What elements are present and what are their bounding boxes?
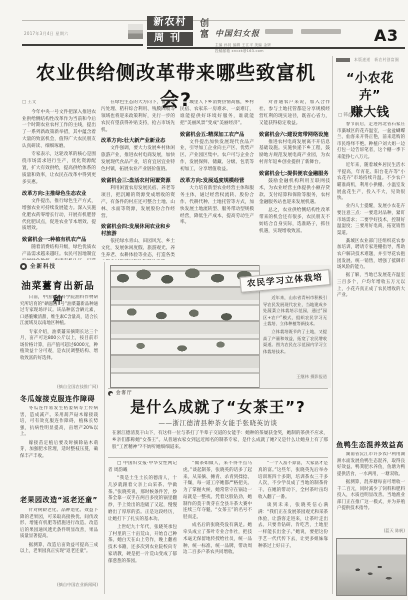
logo-stamp-top: 新农村 [147, 16, 193, 30]
article-paragraph: 大力培育新型农业经营主体和服务主体，通过经营权流转、股份合作、代耕代种、土地托管… [180, 186, 254, 227]
article-subhead: 致富机会三:盘活农村闲置资源 [101, 177, 175, 184]
tech-article3-credit: (摘自中国农业新闻网) [20, 582, 98, 588]
article-paragraph: 对普通农户来说，加入合作社、参与土地托管都是分享规模经营红利的现实途径，既省心省… [259, 100, 330, 128]
article-paragraph: 春节前后，走进河北省石家庄市藁城区的花卉温室，一盆盆蝴蝶兰、仙客来开得正艳，前来… [337, 122, 405, 162]
tech-section-label: 全新科技 [30, 262, 56, 270]
article-paragraph: 成名后的张晓英没有满足。她牵头成立了茶叶专业合作社，把技术毫无保留地传授给社员，… [183, 523, 252, 557]
article-paragraph: 谈到未来，张晓英信心满满：“我们正在发展茶园观光和采茶体验，让游客走进来，让茶叶… [258, 503, 328, 550]
article-paragraph: “做茶如做人，来不得半点马虎。”谈起制茶，张晓英的话多了起来。从采摘、摊青、杀青… [183, 461, 252, 522]
article-paragraph: 今年中央一号文件把深入推进农业供给侧结构性改革作为当前和今后一个时期农业农村工作… [22, 110, 96, 151]
article-paragraph: 近年来，随着城乡居民生活水平提高，年宵花、阳台花卉等“小农花卉”市场持续升温。不… [337, 163, 405, 203]
right-headline-line1: “小农花卉” [336, 70, 404, 104]
article-paragraph: 随着消费结构升级，绿色优质农产品需求越来越旺。农民可因地制宜发展绿色种植，申请有… [22, 245, 96, 260]
newspaper-page: { "page": { "date": "2017年3月4日 星期六", "pa… [0, 0, 408, 600]
article-paragraph: 专家表示，这轮改革的核心是围绕市场需求进行生产，优化资源配置，扩大有效供给，提高… [22, 152, 96, 186]
tea-top-rule [108, 388, 328, 389]
tea-lead-rule [108, 457, 328, 458]
tea-section-icon [108, 391, 113, 396]
article-paragraph: 立体栽培既节约了土地，又提高了产量和效益，拓宽了农民增收渠道。图为农民在示范园内… [263, 329, 327, 355]
article-paragraph: 文件提出加快发展现代食品产业，引导加工企业向主产区、优势产区、产业园区集中。农户… [180, 140, 254, 174]
column-divider [104, 262, 105, 594]
article-paragraph: 冬瓜连作易发生枯萎病等土传病害，造成减产。采用葫芦砧木嫁接栽培，可有效克服连作障… [20, 406, 98, 439]
strip-left-label: 本版速递 [354, 57, 370, 63]
photo-caption-body: 近年来，山东省青州市积极引导农民发展现代农业，当地建成多处蔬菜立体栽培示范园，通… [263, 295, 327, 373]
article-paragraph: 城里人下乡消费热情高涨，乡村民宿、农家乐一房难求、一桌难订，谁能提供好环境好服务… [180, 100, 254, 128]
tea-col3: “一个人富不算富，大家富才是真的富。”这些年，张晓英先后举办培训班四十多期，培训… [258, 461, 328, 593]
article-subhead: 致富机会一:种植有机农产品 [22, 236, 96, 243]
logo-side-text: 创富 [197, 18, 210, 48]
article-paragraph: 湖南省沅江市许多农户利用湖洲水面发展鱼鸭生态混养，取得良好效益。鸭粪肥水养鱼，鱼… [337, 452, 405, 478]
article-paragraph: 在绿色生态的大方向下，畜禽粪污处理、秸秆综合利用、残膜回收等领域也将迎来政策利好… [101, 100, 175, 134]
hydroponics-photo [110, 265, 260, 388]
page-number: A3 [374, 26, 399, 45]
tea-col2: “做茶如做人，来不得半点马虎。”谈起制茶，张晓英的话多了起来。从采摘、摊青、杀青… [183, 461, 252, 593]
tech-section-tag: 全新科技 [20, 262, 56, 270]
main-article-col1: □ 王文今年中央一号文件把深入推进农业供给侧结构性改革作为当前和今后一个时期农业… [22, 100, 96, 260]
strip-bar [336, 58, 350, 62]
photo-credit: 王继林 摄影报道 [263, 374, 327, 380]
article-subhead: 改革方向:主推绿色生态农业 [22, 190, 96, 197]
weather-block [128, 24, 143, 39]
article-paragraph: 推进农村电商发展离不开信息基础设施。实施快递下乡工程，鼓励地方规范发展电商产业园… [259, 140, 330, 168]
article-subhead: 致富机会四:发展休闲农业和乡村旅游 [101, 223, 175, 237]
main-article-col2: 在绿色生态的大方向下，畜禽粪污处理、秸秆综合利用、残膜回收等领域也将迎来政策利好… [101, 100, 175, 260]
tech-article2-title: 冬瓜嫁接克服连作障碍 [20, 394, 98, 404]
tea-lead: 在浙江德清莫干山下，有这样一位与茶打了半辈子交道的女能手：她种的茶屡获金奖，她制… [112, 430, 328, 454]
issue-date: 2017年3月4日 星期六 [24, 31, 68, 37]
strip-right-label: 新农村创富圈 [374, 57, 399, 63]
right-column-strip: 本版速递 新农村创富圈 [336, 57, 404, 63]
right-sub-title: 鱼鸭生态混养效益高 [336, 440, 404, 450]
tea-headline: 是什么成就了“女茶王”? [108, 396, 328, 417]
article-paragraph: 利用闲置农房发展民宿、养老等项目，把沉睡的资源变成增收的资产。有条件的村庄还可整… [101, 186, 175, 220]
article-paragraph: 据了解，当地已发展花卉温室三百多个，户均年增收五万元以上，小花卉真正成了农民增收… [337, 273, 405, 299]
article-paragraph: 日前，中国农业科学院油料作物研究所培育的“硒滋圆1号”油菜薹新品种通过专家现场评… [20, 295, 98, 328]
tea-col1: □ 中国妇女报·中华女性网记者 周韵曦 “我是土生土长的德清人，十几岁就跟着父亲… [108, 461, 177, 593]
masthead-info: 中国妇女报 主编 孙钊 编辑 王江平 美编 金妍 投稿邮箱 xnczk@163.… [215, 21, 365, 54]
article-subhead: 致富机会七:提供便农金融服务 [259, 170, 330, 177]
article-paragraph: 鼓励金融机构利用互联网技术，为农业经营主体提供小额存贷款、支付结算和保险等服务，… [259, 179, 330, 207]
tech-article1-credit: (摘自全国农技推广网) [20, 384, 98, 390]
right-article-body: 春节前后，走进河北省石家庄市藁城区的花卉温室，一盆盆蝴蝶兰、仙客来开得正艳，前来… [337, 122, 405, 436]
header-bottom-rule [147, 47, 405, 49]
tea-byline: □ 中国妇女报·中华女性网记者 周韵曦 [108, 461, 177, 475]
pond-photo [336, 538, 407, 596]
article-paragraph: 业内人士提醒，发展小农花卉要注意三点：一要选对品种，紧盯市场需求；二要学好技术，… [337, 204, 405, 237]
article-paragraph: 嫁接苗定植后要及时摘除砧木萌芽，加强肥水管理，适时整枝压蔓，确保丰产丰收。 [20, 441, 98, 461]
main-article-col4: 对普通农户来说，加入合作社、参与土地托管都是分享规模经营红利的现实途径，既省心省… [259, 100, 330, 260]
article-paragraph: 文件强调，要大力发展乡村休闲旅游产业，推进农村电商发展，加快发展现代食品产业，培… [101, 146, 175, 174]
article-subhead: 改革方向:发展适度规模经营 [180, 177, 254, 184]
masthead-blur-block [265, 29, 293, 34]
article-paragraph: 据测算，混养塘每亩可增收一千二百元，同时减少了饲料和肥料投入，水质也明显改善。当… [337, 480, 405, 513]
article-subhead: 致富机会五:精深加工农产品 [180, 131, 254, 138]
article-paragraph: 据测算，改造后亩效益可提高三成以上，老果园真正实现“返老还童”。 [20, 543, 98, 556]
article-subhead: 改革方向:壮大新产业新业态 [101, 137, 175, 144]
masthead-contact: 投稿邮箱 xnczk@163.com [215, 49, 365, 54]
header-left-rule [22, 44, 143, 46]
tech-section-icon [20, 263, 27, 270]
tech-article3-body: 针对树龄老化、品种退化、效益下降的老果园，可采取高接换优、间伐改形、增施有机肥等… [20, 508, 98, 580]
article-paragraph: 专家介绍，油菜薹采摘期长达三个月，亩产可达800公斤以上，按目前市场价格计算，亩… [20, 330, 98, 363]
tech-article2-body: 冬瓜连作易发生枯萎病等土传病害，造成减产。采用葫芦砧木嫁接栽培，可有效克服连作障… [20, 406, 98, 490]
tech-article1-body: 日前，中国农业科学院油料作物研究所培育的“硒滋圆1号”油菜薹新品种通过专家现场评… [20, 295, 98, 383]
main-article-col3: 城里人下乡消费热情高涨，乡村民宿、农家乐一房难求、一桌难订，谁能提供好环境好服务… [180, 100, 254, 260]
article-paragraph: 藁城区农业部门还组织花农参加培训，聘请专家进棚指导，帮助农户解决技术难题，并引导… [337, 239, 405, 272]
article-paragraph: 总之，农业供给侧结构性改革带来的机会还有很多，农民朋友不妨结合自身实际，选准路子… [259, 208, 330, 236]
article-subhead: 致富机会六:建设宽带网络设施 [259, 131, 330, 138]
article-paragraph: 针对树龄老化、品种退化、效益下降的老果园，可采取高接换优、间伐改形、增施有机肥等… [20, 508, 98, 541]
logo: 新农村 周刊 [147, 16, 193, 46]
masthead-blur-block [301, 29, 341, 34]
article-paragraph: 近年来，山东省青州市积极引导农民发展现代农业，当地建成多处蔬菜立体栽培示范园，通… [263, 295, 327, 328]
paper-script-title: 中国妇女报 [215, 29, 260, 38]
article-paragraph: “一个人富不算富，大家富才是真的富。”这些年，张晓英先后举办培训班四十多期，培训… [258, 461, 328, 502]
article-paragraph: 依托绿水青山、田园风光、乡土文化，发展休闲度假、旅游观光、养生养老、农耕体验等业… [101, 239, 175, 260]
logo-stamp-bottom: 周刊 [147, 32, 193, 46]
right-sub-credit: (蓝天 陈帆) [337, 528, 405, 534]
tea-col1-body: “我是土生土长的德清人，十几岁就跟着父亲上山采茶、学做茶。”张晓英说，那时候条件… [108, 476, 177, 565]
article-paragraph: “我是土生土长的德清人，十几岁就跟着父亲上山采茶、学做茶。”张晓英说，那时候条件… [108, 476, 177, 523]
right-sub-body: 湖南省沅江市许多农户利用湖洲水面发展鱼鸭生态混养，取得良好效益。鸭粪肥水养鱼，鱼… [337, 452, 405, 528]
article-paragraph: □ 王文 [22, 100, 96, 107]
article-paragraph: 上世纪九十年代，张晓英承包了村里的三十亩荒山，开始自己种茶。她白天在山上劳作，晚… [108, 525, 177, 566]
column-divider [332, 56, 333, 594]
right-byline: □ 韩益 [338, 112, 352, 118]
article-paragraph: 文件提出，推行绿色生产方式，增强农业可持续发展能力。深入实施化肥农药零增长行动，… [22, 199, 96, 233]
tech-article3-title: 老果园改造“返老还童” [20, 495, 98, 505]
tea-subtitle: ——浙江德清县种茶女能手张晓英访谈 [108, 418, 328, 427]
